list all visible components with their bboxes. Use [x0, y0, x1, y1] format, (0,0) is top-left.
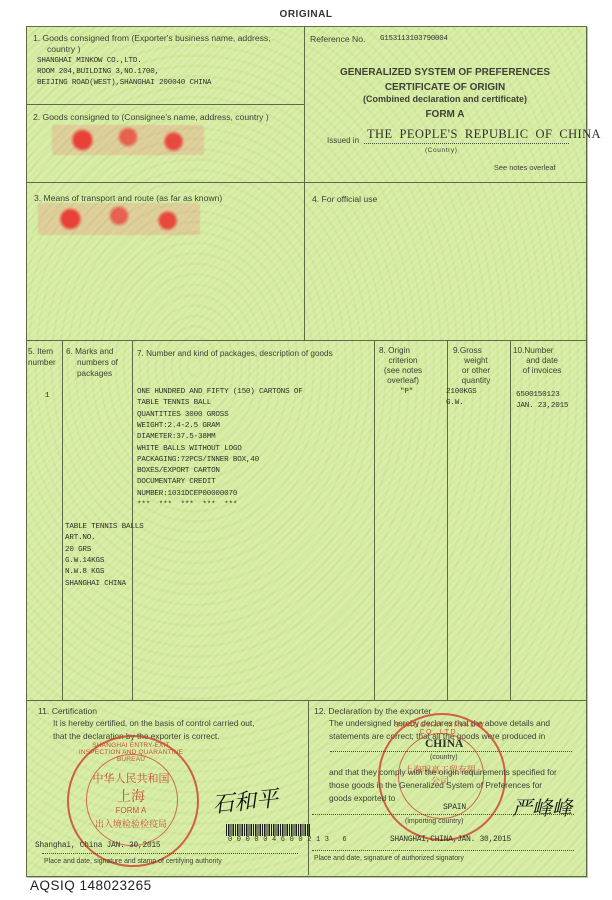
box11-label: 11. Certification	[38, 706, 97, 717]
divider-table-top	[27, 340, 586, 341]
reference-label: Reference No.	[310, 34, 365, 45]
goods-description-line: TABLE TENNIS BALL	[137, 398, 211, 409]
goods-description-line: DOCUMENTARY CREDIT	[137, 477, 215, 488]
goods-description-line: DIAMETER:37.5-38MM	[137, 432, 215, 443]
box11-text1: It is hereby certified, on the basis of …	[53, 718, 255, 729]
see-notes-overleaf: See notes overleaf	[494, 162, 556, 173]
header-origin-criterion: 8. Origin criterion (see notes overleaf)	[375, 346, 431, 386]
box4-label: 4. For official use	[312, 194, 377, 205]
divider-box2	[27, 182, 586, 183]
header-invoices-line2: and date	[510, 356, 574, 366]
goods-description-line: QUANTITIES 3000 GROSS	[137, 410, 229, 421]
box1-label-line1: 1. Goods consigned from (Exporter's busi…	[33, 33, 303, 44]
shipping-marks-line: SHANGHAI CHINA	[65, 579, 126, 590]
reference-number: G153113103790004	[380, 34, 448, 45]
goods-description-line: BOXES/EXPORT CARTON	[137, 466, 220, 477]
stamp-cn-bureau: 出入境检验检疫局	[86, 817, 176, 830]
stamp-form-a: FORM A	[86, 806, 176, 815]
goods-description-line: ONE HUNDRED AND FIFTY (150) CARTONS OF	[137, 387, 303, 398]
header-origin-line4: overleaf)	[375, 376, 431, 386]
barcode-number: 000004600213 6	[228, 836, 351, 844]
header-origin-line3: (see notes	[375, 366, 431, 376]
divider-table-bottom	[27, 700, 586, 701]
header-gross-line4: quantity	[447, 376, 505, 386]
origin-criterion: "P"	[400, 387, 413, 398]
exporter-address-1: ROOM 204,BUILDING 3,NO.1700,	[37, 67, 159, 78]
box12-text5: goods exported to	[329, 793, 395, 804]
stamp-ring-text: SHANGHAI ENTRY-EXIT INSPECTION AND QUARA…	[75, 742, 187, 763]
divider-col5	[62, 340, 63, 700]
exporter-stamp-ring-text: SHANGHAI MINKOW CO.,LTD.	[385, 722, 495, 736]
shipping-marks-line: TABLE TENNIS BALLS	[65, 522, 143, 533]
box12-caption: Place and date, signature of authorized …	[314, 853, 464, 864]
goods-description-line: WHITE BALLS WITHOUT LOGO	[137, 444, 242, 455]
transport-redaction	[38, 203, 200, 235]
stamp-cn-city: 上海	[86, 786, 176, 806]
box12-text4: those goods in the Generalized System of…	[329, 780, 542, 791]
gross-weight-value: 2100KGS	[446, 387, 477, 398]
box2-label: 2. Goods consigned to (Consignee's name,…	[33, 112, 269, 123]
box12-signature-dotted-line	[312, 850, 574, 851]
header-gross-weight: 9.Gross weight or other quantity	[447, 346, 505, 386]
header-marks-line3: packages	[66, 368, 132, 379]
header-marks-line1: 6. Marks and	[66, 346, 132, 357]
header-gross-line3: or other	[447, 366, 505, 376]
shipping-marks-line: 20 GRS	[65, 545, 91, 556]
header-marks-line2: numbers of	[66, 357, 132, 368]
invoice-date: JAN. 23,2015	[516, 401, 568, 412]
header-marks: 6. Marks and numbers of packages	[66, 346, 132, 379]
box11-caption: Place and date, signature and stamp of c…	[44, 856, 222, 867]
shipping-marks-line: ART.NO.	[65, 533, 96, 544]
divider-col6	[132, 340, 133, 700]
goods-description-line: NUMBER:1031DCEP00000070	[137, 489, 237, 500]
box12-importing-dotted-line	[312, 814, 574, 815]
exporter-signature: 严峰峰	[512, 792, 572, 821]
aqsiq-code: AQSIQ 148023265	[30, 878, 152, 893]
invoice-number: 6500150123	[516, 390, 560, 401]
shipping-marks-line: N.W.8 KGS	[65, 567, 104, 578]
title-certificate: CERTIFICATE OF ORIGIN	[305, 82, 585, 93]
shipping-marks-line: G.W.14KGS	[65, 556, 104, 567]
importing-country-caption: (importing country)	[405, 816, 463, 827]
divider-col7	[374, 340, 375, 700]
box12-country-caption: (country)	[430, 752, 458, 763]
exporter-address-2: BEIJING ROAD(WEST),SHANGHAI 200040 CHINA	[37, 78, 211, 89]
stamp-cn-country: 中华人民共和国	[86, 770, 176, 786]
title-form-a: FORM A	[305, 109, 585, 120]
item-number: 1	[45, 391, 49, 402]
box12-text3: and that they comply with the origin req…	[329, 767, 557, 778]
box1-label: 1. Goods consigned from (Exporter's busi…	[33, 33, 303, 55]
goods-description-line: PACKAGING:72PCS/INNER BOX,40	[137, 455, 259, 466]
certification-place-date: Shanghai, China JAN. 30,2015	[35, 841, 160, 852]
header-description: 7. Number and kind of packages, descript…	[137, 348, 333, 359]
issued-in-label: Issued in	[327, 135, 359, 146]
exporter-name: SHANGHAI MINKOW CO.,LTD.	[37, 56, 142, 67]
header-origin-line1: 8. Origin	[375, 346, 431, 356]
header-invoices: 10.Number and date of invoices	[510, 346, 574, 376]
issued-in-country: THE PEOPLE'S REPUBLIC OF CHINA	[367, 127, 601, 142]
header-invoices-line1: 10.Number	[510, 346, 574, 356]
box11-dotted-line	[42, 853, 298, 854]
country-caption: (Country)	[425, 145, 458, 156]
consignee-redaction	[52, 125, 204, 155]
title-gsp: GENERALIZED SYSTEM OF PREFERENCES	[305, 67, 585, 78]
document-header-original: ORIGINAL	[0, 9, 612, 20]
header-item-number-line2: number	[28, 357, 62, 368]
importing-country: SPAIN	[443, 802, 466, 813]
divider-box1	[27, 104, 304, 105]
barcode-icon	[226, 824, 310, 836]
header-item-number-line1: 5. Item	[28, 346, 62, 357]
issued-in-dotted-line	[364, 143, 569, 144]
divider-col9	[510, 340, 511, 700]
divider-bottom-vertical	[308, 700, 309, 875]
box12-label: 12. Declaration by the exporter	[314, 706, 432, 717]
box1-label-line2: country )	[33, 44, 303, 55]
produced-country: CHINA	[425, 738, 463, 750]
header-gross-line2: weight	[447, 356, 505, 366]
gross-weight-unit: G.W.	[446, 398, 463, 409]
goods-description-line: *** *** *** *** ***	[137, 500, 237, 511]
goods-description-line: WEIGHT:2.4-2.5 GRAM	[137, 421, 220, 432]
header-item-number: 5. Item number	[28, 346, 62, 368]
declaration-place-date: SHANGHAI,CHINA,JAN. 30,2015	[390, 835, 511, 846]
header-invoices-line3: of invoices	[510, 366, 574, 376]
header-origin-line2: criterion	[375, 356, 431, 366]
title-combined: (Combined declaration and certificate)	[305, 94, 585, 105]
header-gross-line1: 9.Gross	[447, 346, 505, 356]
